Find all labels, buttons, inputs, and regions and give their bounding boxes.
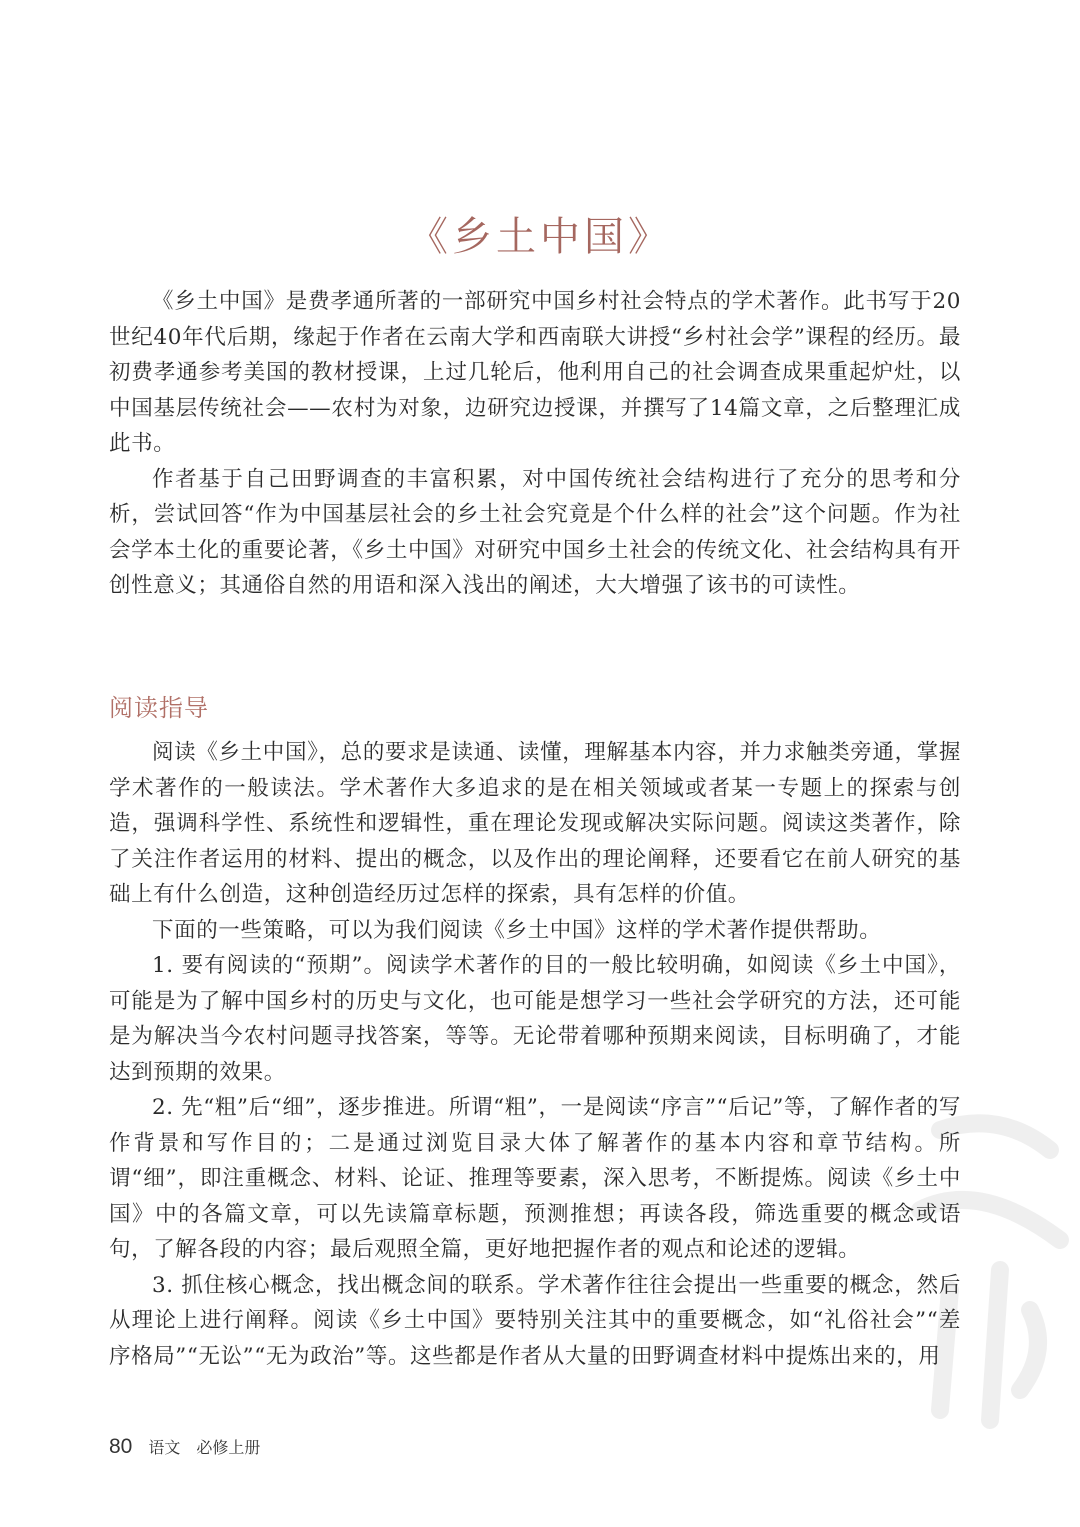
page-footer: 80 语文 必修上册 xyxy=(109,1435,260,1459)
guide-paragraph: 下面的一些策略，可以为我们阅读《乡土中国》这样的学术著作提供帮助。 xyxy=(109,913,961,949)
intro-paragraph: 《乡土中国》是费孝通所著的一部研究中国乡村社会特点的学术著作。此书写于20世纪4… xyxy=(109,284,961,462)
guide-strategy-3: 3. 抓住核心概念，找出概念间的联系。学术著作往往会提出一些重要的概念，然后从理… xyxy=(109,1268,961,1375)
footer-volume: 必修上册 xyxy=(196,1435,260,1458)
page-number: 80 xyxy=(109,1435,132,1459)
guide-paragraph: 阅读《乡土中国》，总的要求是读通、读懂，理解基本内容，并力求触类旁通，掌握学术著… xyxy=(109,735,961,913)
intro-section: 《乡土中国》是费孝通所著的一部研究中国乡村社会特点的学术著作。此书写于20世纪4… xyxy=(109,284,961,604)
intro-paragraph: 作者基于自己田野调查的丰富积累，对中国传统社会结构进行了充分的思考和分析，尝试回… xyxy=(109,462,961,604)
guide-strategy-2: 2. 先“粗”后“细”，逐步推进。所谓“粗”，一是阅读“序言”“后记”等，了解作… xyxy=(109,1090,961,1268)
reading-guide-section: 阅读《乡土中国》，总的要求是读通、读懂，理解基本内容，并力求触类旁通，掌握学术著… xyxy=(109,735,961,1374)
footer-subject: 语文 xyxy=(148,1435,180,1458)
guide-strategy-1: 1. 要有阅读的“预期”。阅读学术著作的目的一般比较明确，如阅读《乡土中国》，可… xyxy=(109,948,961,1090)
page-title: 《乡土中国》 xyxy=(0,205,1080,262)
section-heading-reading-guide: 阅读指导 xyxy=(109,688,209,723)
